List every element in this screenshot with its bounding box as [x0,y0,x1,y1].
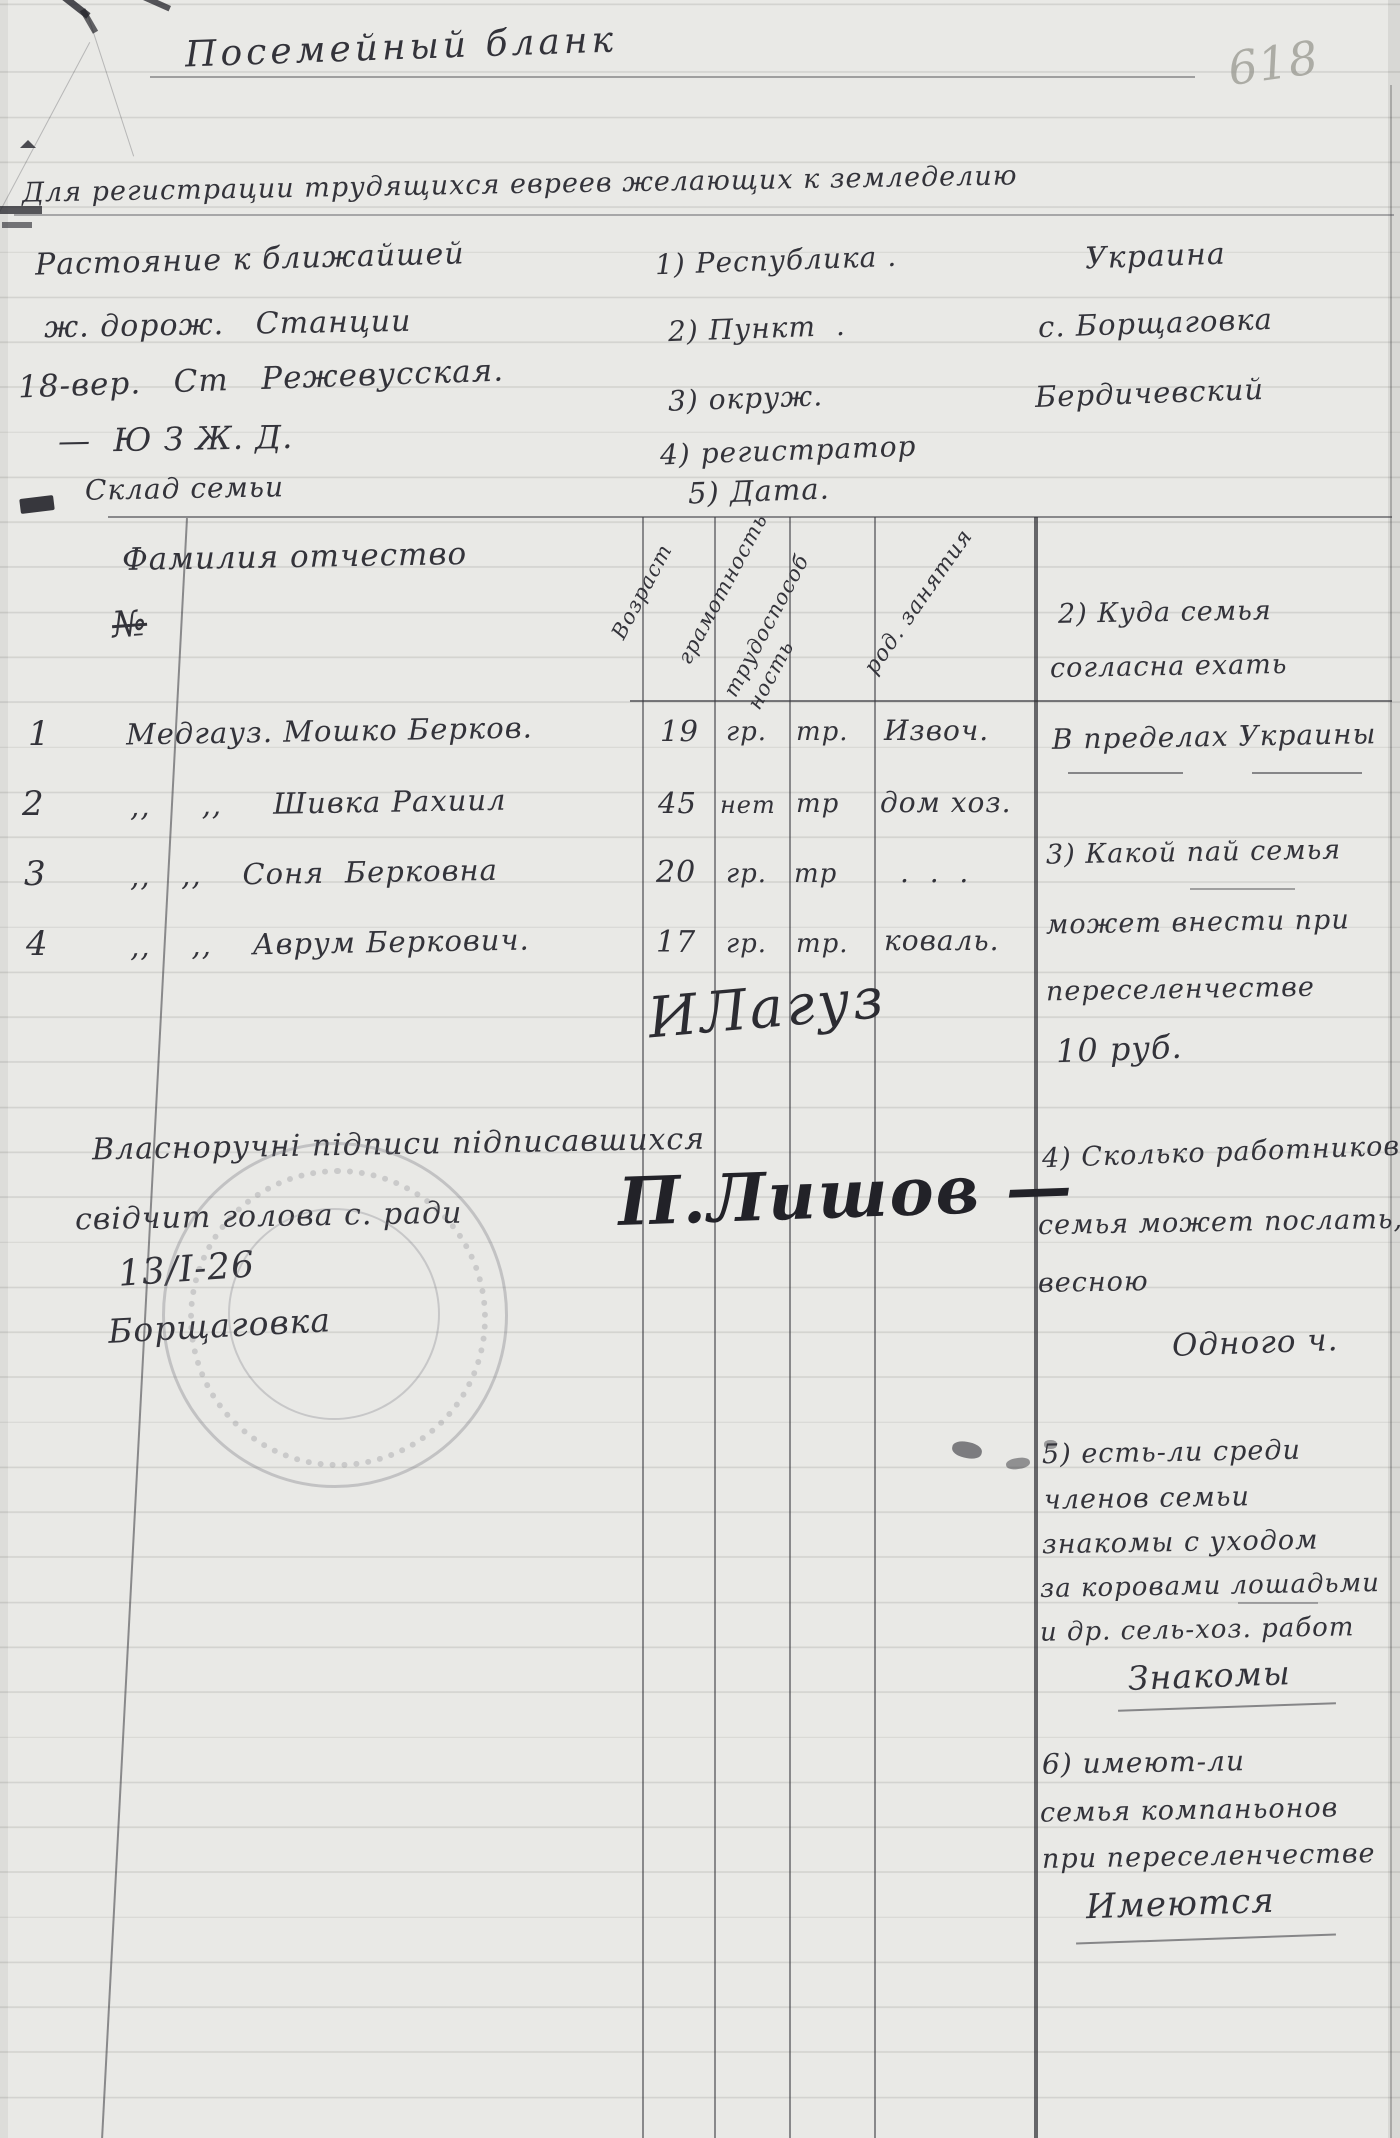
page-title: Посемейный бланк [184,20,617,75]
district-label: 3) окруж. [668,381,824,417]
row-name: ,, ,, Соня Берковна [130,855,498,893]
row-age: 45 [658,788,697,820]
row-number: 2 [22,786,45,823]
row-name: ,, ,, Шивка Рахиил [130,785,507,823]
row-able: тр. [796,718,849,747]
point-value: с. Борщаговка [1038,304,1274,344]
row-literacy: гр. [726,718,767,747]
q5-answer-underline [1118,1702,1336,1712]
q6-answer: Имеются [1085,1883,1275,1927]
round-stamp-inner-ring [228,1208,440,1420]
q6-line3: при переселенчестве [1042,1839,1376,1875]
q6-answer-underline [1076,1933,1336,1944]
q5-underline-small [1238,1602,1318,1604]
subtitle-underline [14,214,1394,216]
q5-line4: за коровами лошадьми [1040,1569,1380,1604]
q3-line3: переселенчестве [1046,973,1315,1007]
row-occupation: . . . [900,858,969,889]
scanned-document-page: Посемейный бланк 618 Для регистрации тру… [0,0,1400,2138]
margin-triangle-mark [20,140,36,148]
q3-line1: 3) Какой пай семья [1046,835,1342,870]
destination-underline [1068,772,1183,774]
q5-line5: и др. сель-хоз. работ [1040,1613,1355,1647]
destination-underline [1252,772,1362,774]
row-number: 1 [28,716,51,753]
registrar-label: 4) регистратор [660,432,917,472]
ink-smudge [1005,1456,1030,1470]
title-underline [150,76,1195,78]
ink-blot [19,495,55,514]
family-composition-label: Склад семьи [85,472,285,506]
q4-line2: семья может послать, [1038,1205,1400,1241]
station-distance-line1: Растояние к ближайшей [35,237,465,281]
applicant-signature: ИЛагуз [646,968,889,1050]
row-able: тр [794,860,837,889]
corner-crease-mark [143,0,171,11]
destination-header-line1: 2) Куда семья [1058,596,1272,629]
station-distance-line2: ж. дорож. Станции [44,305,412,344]
row-occupation: коваль. [884,926,1000,957]
age-column-line [642,517,644,2138]
row-occupation: дом хоз. [880,788,1012,819]
point-label: 2) Пункт . [668,311,847,348]
q6-line1: 6) имеют-ли [1042,1746,1245,1780]
row-occupation: Извоч. [884,716,989,747]
q3-line2: может внести при [1046,905,1350,940]
district-value: Бердичевский [1035,374,1265,414]
date-label: 5) Дата. [687,474,830,511]
pencil-folio-number: 618 [1225,32,1322,95]
form-subtitle: Для регистрации трудящихся евреев желающ… [22,161,1018,208]
row-age: 20 [656,856,696,889]
name-column-header: Фамилия отчество [122,537,468,577]
able-header: трудоспособ ность [718,583,823,715]
able-column-line [789,517,791,2138]
number-column-header: № [111,604,149,646]
q4-answer: Одного ч. [1171,1323,1339,1363]
row-able: тр. [796,930,849,959]
destination-header-line2: согласна ехать [1050,650,1288,684]
right-column-line [1034,517,1038,2138]
station-distance-line4: — Ю З Ж. Д. [58,420,294,459]
q6-line2: семья компаньонов [1040,1793,1339,1828]
row-number: 4 [26,926,49,963]
q3-answer: 10 руб. [1055,1030,1183,1070]
page-right-rule [1390,85,1392,2138]
row-number: 3 [24,856,47,893]
station-distance-line3: 18-вер. Ст Режевусская. [18,354,505,405]
q5-answer: Знакомы [1127,1655,1291,1697]
row-able: тр [796,790,839,819]
fold-line [87,14,134,157]
row-name: ,, ,, Аврум Беркович. [130,925,530,964]
q5-line1: 5) есть-ли среди [1042,1436,1301,1470]
q4-line3: весною [1038,1267,1149,1299]
ink-smudge [951,1439,984,1461]
q3-underline [1190,888,1295,890]
margin-smudge [2,222,32,228]
row-age: 19 [660,716,699,748]
row-literacy: гр. [726,930,767,959]
row-name: Медгауз. Мошко Берков. [126,712,533,751]
village-head-signature: П.Лишов — [617,1150,1075,1238]
row-age: 17 [656,926,696,959]
row-literacy: нет [720,792,776,818]
occupation-header: род. занятия [860,525,978,679]
occupation-column-line [874,517,876,2138]
q5-line2: членов семьи [1044,1482,1250,1515]
republic-label: 1) Республика . [655,242,898,281]
republic-value: Украина [1084,238,1226,276]
destination-answer: В пределах Украины [1052,719,1377,755]
row-literacy: гр. [726,860,767,889]
q5-line3: знакомы с уходом [1042,1526,1319,1561]
literacy-column-line [714,517,716,2138]
q4-line1: 4) Сколько работников [1042,1132,1400,1174]
left-edge-shade [0,0,8,2138]
